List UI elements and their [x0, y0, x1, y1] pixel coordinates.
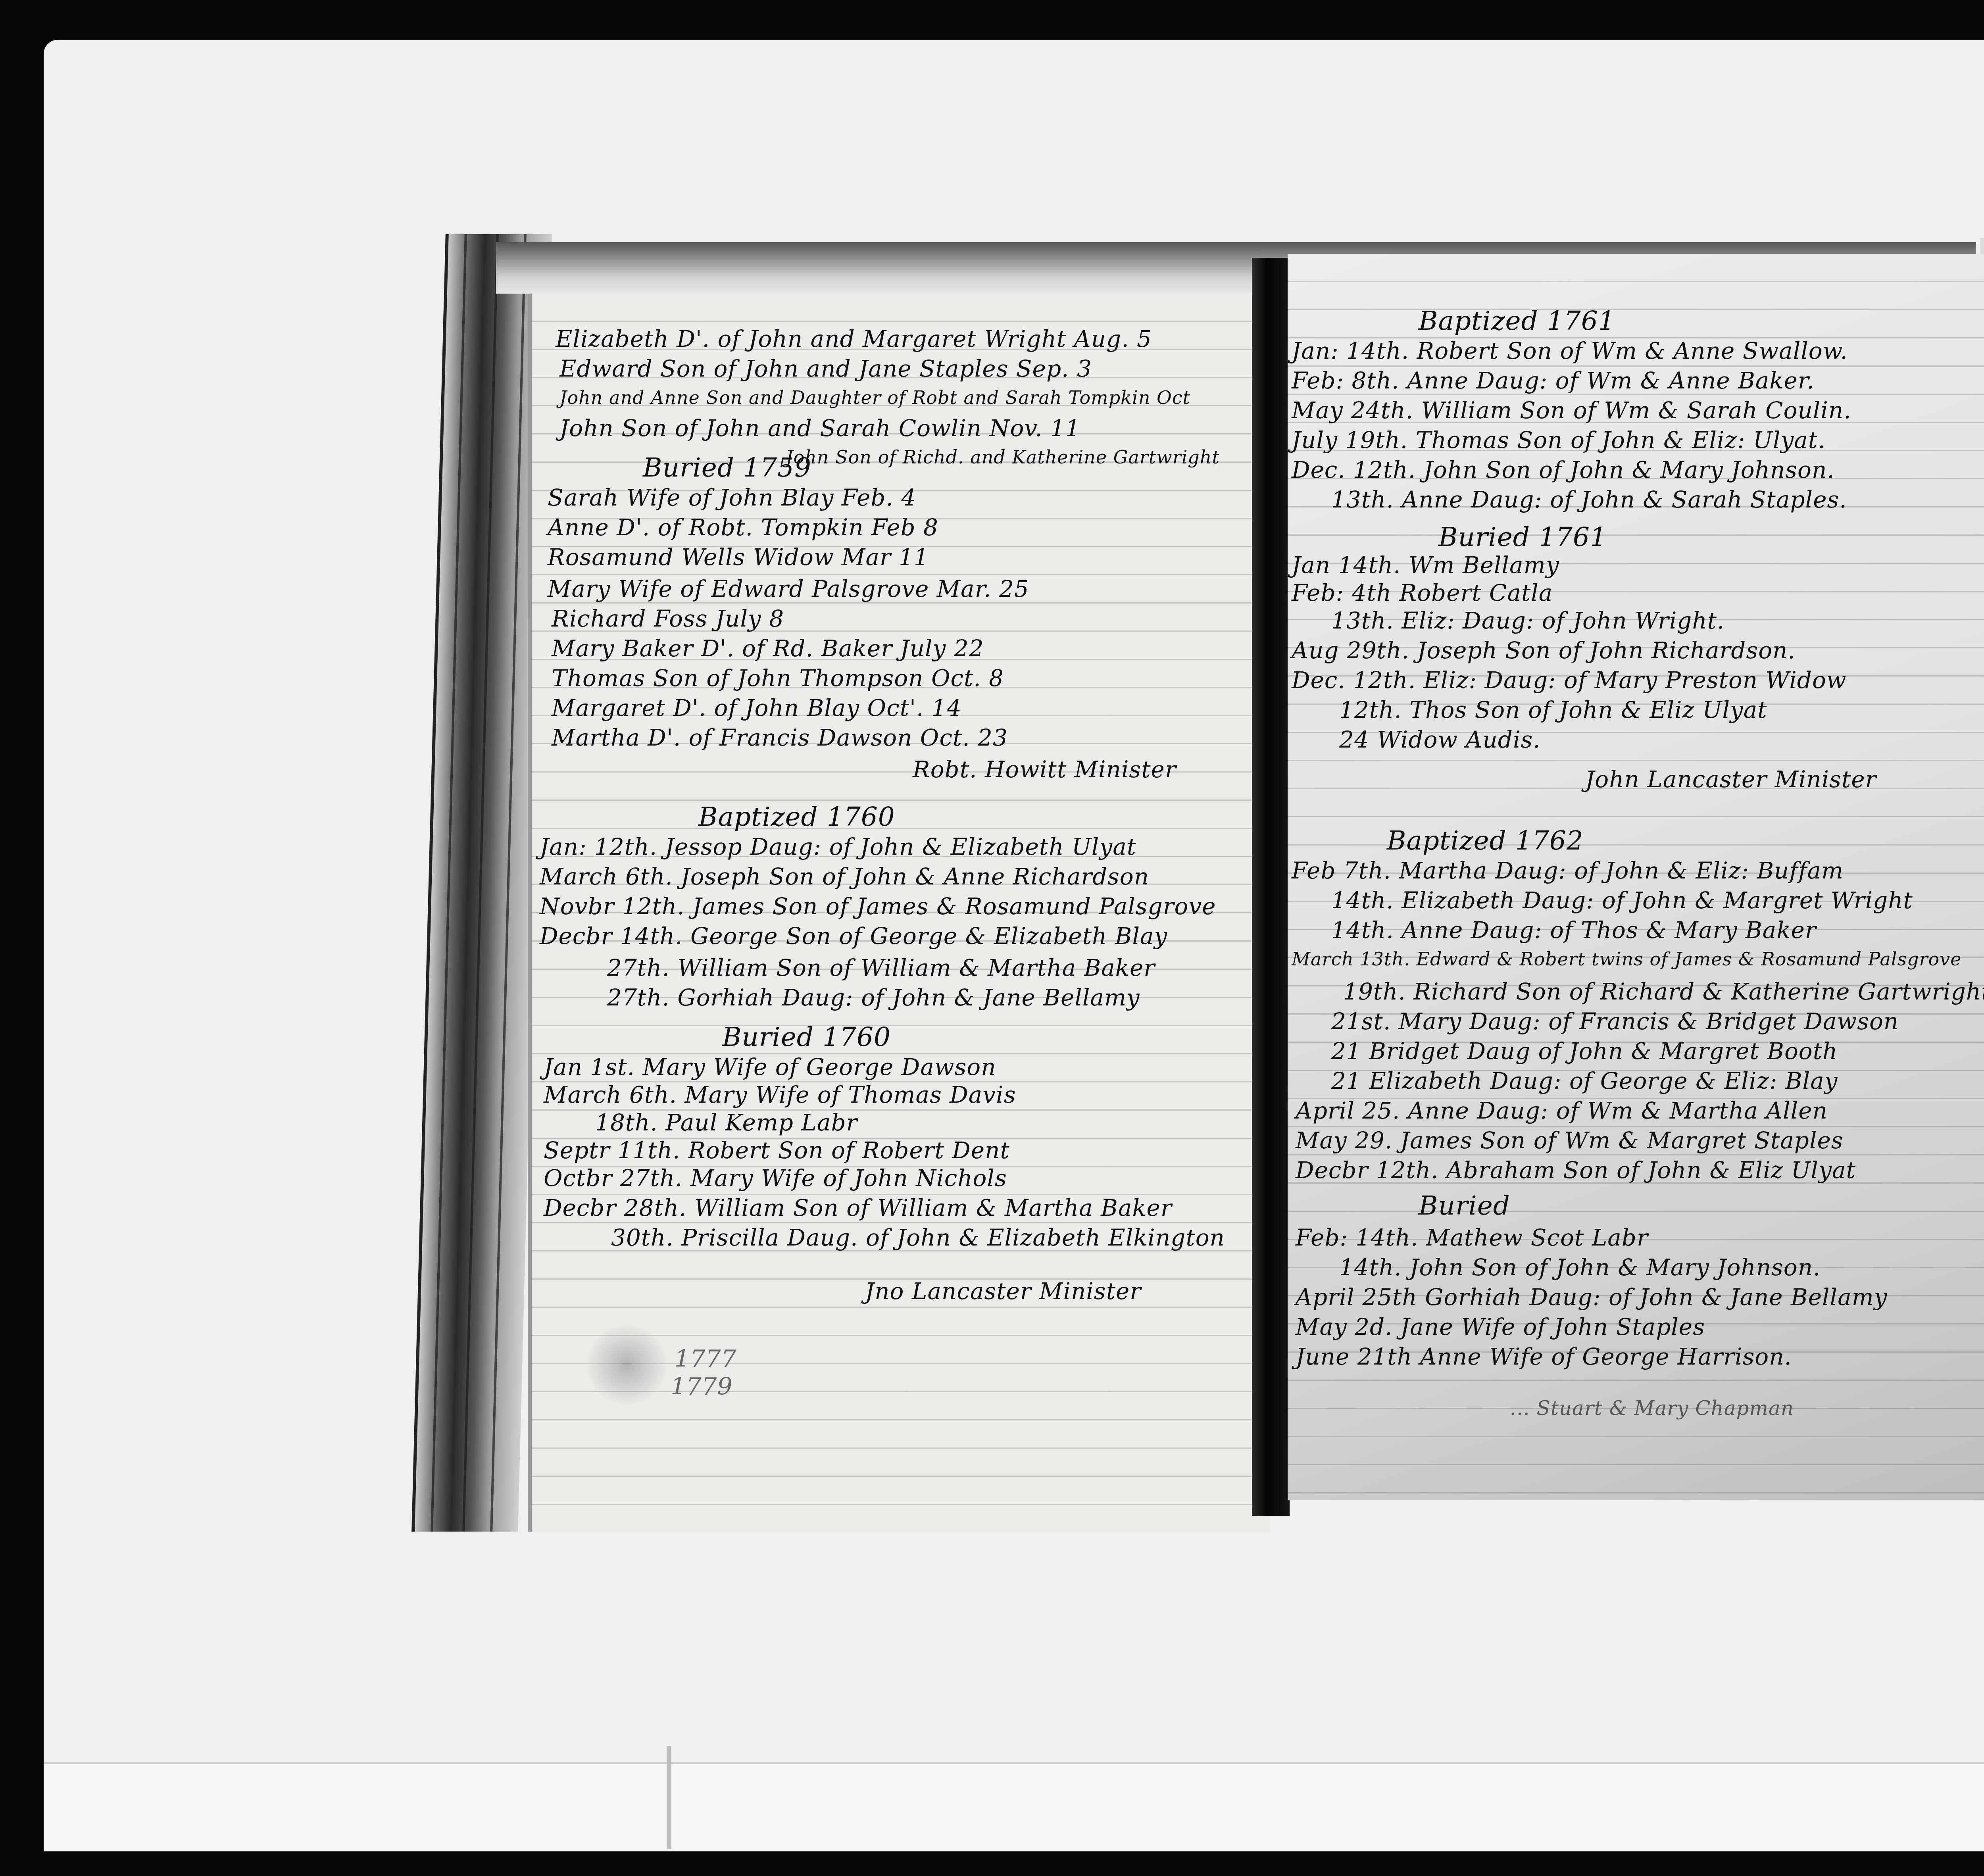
entry-line: Martha D'. of Francis Dawson Oct. 23 [552, 724, 1008, 751]
entry-line: Margaret D'. of John Blay Oct'. 14 [552, 694, 962, 721]
entry-line: Novbr 12th. James Son of James & Rosamun… [540, 893, 1216, 920]
entry-line: 30th. Priscilla Daug. of John & Elizabet… [611, 1224, 1225, 1251]
entry-line: Jan 1st. Mary Wife of George Dawson [544, 1053, 996, 1080]
entry-line: Richard Foss July 8 [552, 605, 784, 632]
entry-line: Mary Wife of Edward Palsgrove Mar. 25 [548, 575, 1029, 602]
entry-line: Feb 7th. Martha Daug: of John & Eliz: Bu… [1292, 857, 1844, 884]
entry-line: 24 Widow Audis. [1339, 726, 1541, 753]
entry-line: 18th. Paul Kemp Labr [595, 1109, 857, 1136]
entry-line: 27th. William Son of William & Martha Ba… [607, 954, 1155, 981]
entry-line: Elizabeth D'. of John and Margaret Wrigh… [556, 325, 1152, 352]
entry-line: Decbr 12th. Abraham Son of John & Eliz U… [1296, 1157, 1856, 1184]
minister-signature: Jno Lancaster Minister [865, 1278, 1141, 1305]
entry-line: 21 Bridget Daug of John & Margret Booth [1331, 1038, 1838, 1065]
book-spine-gutter [1252, 258, 1290, 1516]
entry-line: 13th. Eliz: Daug: of John Wright. [1331, 607, 1725, 634]
entry-line: 19th. Richard Son of Richard & Katherine… [1343, 978, 1984, 1005]
entry-line: May 29. James Son of Wm & Margret Staple… [1296, 1127, 1844, 1154]
right-page: Baptized 1761 Jan: 14th. Robert Son of W… [1288, 254, 1984, 1500]
entry-line: 21st. Mary Daug: of Francis & Bridget Da… [1331, 1008, 1899, 1035]
entry-line: Sarah Wife of John Blay Feb. 4 [548, 484, 916, 511]
entry-line: Feb: 8th. Anne Daug: of Wm & Anne Baker. [1292, 367, 1815, 394]
entry-line: Jan: 12th. Jessop Daug: of John & Elizab… [540, 833, 1136, 860]
entry-line: April 25th Gorhiah Daug: of John & Jane … [1296, 1284, 1888, 1311]
section-heading: Baptized 1761 [1419, 306, 1615, 336]
entry-line: June 21th Anne Wife of George Harrison. [1296, 1343, 1792, 1370]
mount-notch [667, 1746, 671, 1849]
entry-line: 14th. John Son of John & Mary Johnson. [1339, 1254, 1821, 1281]
entry-line: Decbr 28th. William Son of William & Mar… [544, 1194, 1172, 1221]
entry-line: Jan: 14th. Robert Son of Wm & Anne Swall… [1292, 337, 1848, 364]
pencil-note: 1779 [671, 1373, 733, 1401]
section-heading: Buried [1419, 1190, 1510, 1221]
entry-line: Edward Son of John and Jane Staples Sep.… [559, 355, 1092, 382]
mount-bottom-strip [44, 1762, 1984, 1851]
entry-line: May 2d. Jane Wife of John Staples [1296, 1313, 1705, 1340]
entry-line: 27th. Gorhiah Daug: of John & Jane Bella… [607, 984, 1140, 1011]
entry-line: 14th. Elizabeth Daug: of John & Margret … [1331, 887, 1913, 914]
left-page: Elizabeth D'. of John and Margaret Wrigh… [528, 294, 1270, 1532]
entry-line: Feb: 4th Robert Catla [1292, 579, 1553, 606]
section-heading: Buried 1760 [722, 1022, 891, 1052]
entry-line: 13th. Anne Daug: of John & Sarah Staples… [1331, 486, 1847, 513]
entry-line: March 6th. Joseph Son of John & Anne Ric… [540, 863, 1149, 890]
entry-line: Thomas Son of John Thompson Oct. 8 [552, 665, 1004, 692]
entry-line: Dec. 12th. John Son of John & Mary Johns… [1292, 456, 1835, 483]
section-heading: Baptized 1760 [698, 802, 895, 832]
entry-line: John Son of John and Sarah Cowlin Nov. 1… [559, 415, 1080, 442]
entry-line: 21 Elizabeth Daug: of George & Eliz: Bla… [1331, 1067, 1838, 1094]
entry-line: Mary Baker D'. of Rd. Baker July 22 [552, 635, 984, 662]
pencil-note: 1777 [675, 1345, 737, 1373]
entry-line: May 24th. William Son of Wm & Sarah Coul… [1292, 397, 1851, 424]
entry-line: July 19th. Thomas Son of John & Eliz: Ul… [1292, 427, 1826, 454]
entry-line: Anne D'. of Robt. Tompkin Feb 8 [548, 514, 938, 541]
entry-line: April 25. Anne Daug: of Wm & Martha Alle… [1296, 1097, 1828, 1124]
trailing-fragment: ... Stuart & Mary Chapman [1510, 1397, 1794, 1420]
interlined-note: John Son of Richd. and Katherine Gartwri… [786, 446, 1220, 468]
entry-line: Septr 11th. Robert Son of Robert Dent [544, 1137, 1010, 1164]
ink-stain [583, 1325, 671, 1405]
entry-line: Octbr 27th. Mary Wife of John Nichols [544, 1165, 1007, 1192]
entry-line: Feb: 14th. Mathew Scot Labr [1296, 1224, 1648, 1251]
entry-line: March 13th. Edward & Robert twins of Jam… [1292, 948, 1962, 970]
entry-line: Aug 29th. Joseph Son of John Richardson. [1292, 637, 1796, 664]
section-heading: Baptized 1762 [1387, 825, 1584, 856]
entry-line: Rosamund Wells Widow Mar 11 [548, 544, 929, 571]
entry-line: 14th. Anne Daug: of Thos & Mary Baker [1331, 917, 1817, 944]
entry-line: Decbr 14th. George Son of George & Eliza… [540, 923, 1167, 950]
minister-signature: Robt. Howitt Minister [913, 756, 1177, 783]
entry-line: Dec. 12th. Eliz: Daug: of Mary Preston W… [1292, 667, 1846, 694]
entry-line: Jan 14th. Wm Bellamy [1292, 552, 1559, 579]
entry-line: John and Anne Son and Daughter of Robt a… [559, 387, 1190, 408]
section-heading: Buried 1761 [1438, 522, 1607, 552]
entry-line: 12th. Thos Son of John & Eliz Ulyat [1339, 696, 1767, 723]
minister-signature: John Lancaster Minister [1585, 766, 1876, 793]
entry-line: March 6th. Mary Wife of Thomas Davis [544, 1081, 1016, 1108]
section-heading: Buried 1759 [643, 452, 811, 483]
